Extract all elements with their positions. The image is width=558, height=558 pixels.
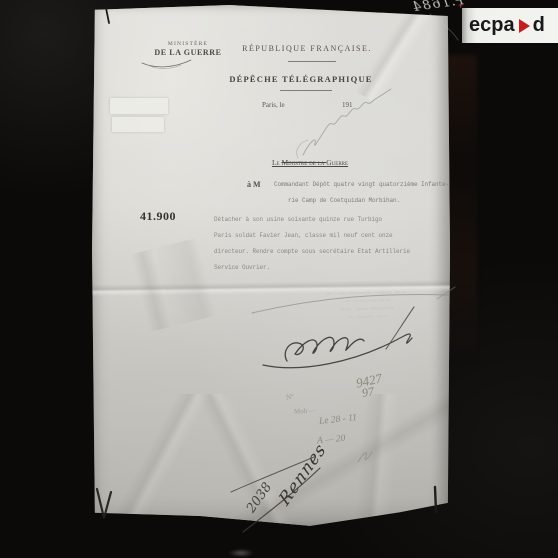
addressee-prefix: à M [247,180,261,189]
body-line: Service Ouvrier. [214,264,270,271]
address-line: rie Camp de Coetquidan Morbihan. [288,197,400,204]
faint-label-box [110,98,168,114]
backdrop-smudge [447,55,477,455]
body-line: Paris soldat Favier Jean, classe mil neu… [214,232,393,239]
backdrop-blob [228,549,254,557]
minister-heading: Le Ministre de la Guerre [242,158,378,167]
photo-backdrop: MINISTÈRE DE LA GUERRE RÉPUBLIQUE FRANÇA… [0,0,558,558]
dateline-place: Paris, le [262,101,285,109]
ministry-heading-line2: DE LA GUERRE [132,48,244,57]
republic-heading: RÉPUBLIQUE FRANÇAISE. [242,44,372,53]
address-line: Commandant Dépôt quatre vingt quatorzièm… [274,181,449,188]
city-note-number: 2038 [244,480,275,516]
registry-mob-line: Mob — [294,406,316,415]
ministry-heading-line1: MINISTÈRE [132,41,244,47]
body-line: directeur. Rendre compte sous secrétaire… [214,248,410,255]
document-paper: MINISTÈRE DE LA GUERRE RÉPUBLIQUE FRANÇA… [92,4,450,528]
faint-stamp: — ··— ———— ——— —— ·— ———— —— —— ·—— ————… [297,288,438,324]
dateline-year: 191 [342,101,353,109]
registry-number-value: 97 [361,384,375,401]
telegram-title: DÉPÊCHE TÉLÉGRAPHIQUE [225,74,377,84]
ecpad-logo-text-right: d [533,14,545,37]
minister-middle: Ministre de la [281,158,326,167]
city-note: Rennes [276,439,331,510]
ecpad-logo-text-left: ecpa [469,14,515,37]
divider-rule [280,90,332,91]
registry-number-label: N° [286,393,295,402]
dispatch-number: 41.900 [140,209,176,224]
registry-date-line: Le 28 - 11 [319,413,358,427]
divider-rule [288,61,336,62]
ecpad-arrow-icon [519,19,530,33]
body-line: Détacher à son usine soixante quinze rue… [214,216,382,223]
minister-tail: Guerre [326,158,348,167]
crumple-creases [92,394,450,528]
crease [75,222,279,346]
ecpad-logo: ecpa d [462,8,558,43]
faint-label-box [112,117,164,132]
